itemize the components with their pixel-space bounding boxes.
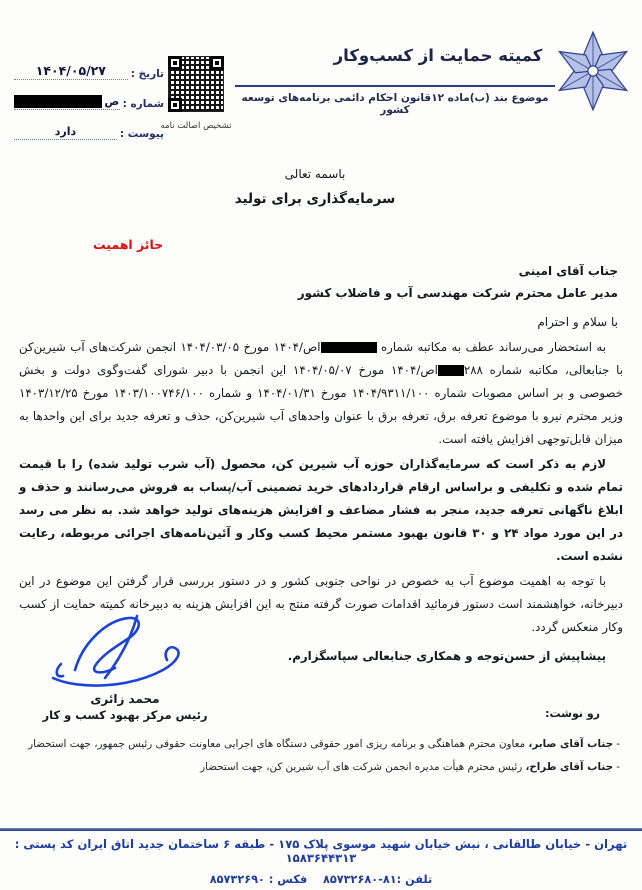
signer-name: محمد زائری: [40, 692, 210, 706]
footer-phone-fax: تلفن :۸۱-۸۵۷۳۲۶۸۰ فکس : ۸۵۷۳۲۶۹۰: [0, 873, 642, 886]
basmala: باسمه تعالی: [0, 167, 630, 181]
signature-block: محمد زائری رئیس مرکز بهبود کسب و کار: [40, 612, 210, 722]
qr-finder-icon: [168, 98, 182, 112]
number-leader: ص: [14, 95, 120, 110]
number-label: شماره :: [120, 98, 164, 110]
redaction-box: [321, 342, 377, 353]
cc-detail: معاون محترم هماهنگی و برنامه ریزی امور ح…: [28, 738, 528, 750]
footer-address: تهران - خیابان طالقانی ، نبش خیابان شهید…: [0, 837, 642, 865]
number-row: شماره : ص: [14, 80, 164, 110]
org-subtitle: موضوع بند (ب)ماده ۱۲قانون احکام دائمی بر…: [232, 92, 558, 116]
qr-code: [168, 56, 224, 112]
cc-dash: -: [613, 738, 620, 750]
cc-label: رو نوشت:: [545, 707, 600, 720]
letter-subject: سرمایه‌گذاری برای تولید: [0, 191, 630, 207]
letterhead-divider: [235, 85, 555, 87]
date-leader: ۱۴۰۴/۰۵/۲۷: [14, 63, 128, 80]
org-title: کمیته حمایت از کسب‌وکار: [324, 46, 552, 65]
qr-finder-icon: [168, 56, 182, 70]
date-label: تاریخ :: [128, 68, 164, 80]
redaction-box: [14, 95, 102, 108]
footer-divider: [0, 828, 642, 831]
date-value: ۱۴۰۴/۰۵/۲۷: [36, 63, 106, 78]
footer-block: تهران - خیابان طالقانی ، نبش خیابان شهید…: [0, 837, 642, 886]
cc-detail: رئیس محترم هیأت مدیره انجمن شرکت های آب …: [200, 761, 525, 773]
recipient-title: مدیر عامل محترم شرکت مهندسی آب و فاضلاب …: [298, 282, 618, 304]
date-row: تاریخ : ۱۴۰۴/۰۵/۲۷: [14, 50, 164, 80]
headline-block: باسمه تعالی سرمایه‌گذاری برای تولید: [0, 167, 630, 207]
cc-dash: -: [613, 761, 620, 773]
org-logo-star-icon: [550, 28, 636, 114]
recipient-name: جناب آقای امینی: [298, 260, 618, 282]
qr-caption: تشخیص اصالت نامه: [146, 121, 246, 131]
number-suffix: ص: [104, 95, 119, 108]
p1-text: به استحضار می‌رساند عطف به مکاتبه شماره: [377, 340, 606, 354]
letter-meta-block: تاریخ : ۱۴۰۴/۰۵/۲۷ شماره : ص پیوست : دار…: [14, 50, 164, 140]
cc-addressee: جناب آقای طراح،: [525, 761, 613, 773]
redaction-box: [438, 365, 464, 376]
cc-addressee: جناب آقای صابر،: [528, 738, 613, 750]
handwritten-signature-icon: [45, 612, 205, 692]
signer-title: رئیس مرکز بهبود کسب و کار: [40, 708, 210, 722]
salutation: با سلام و احترام: [298, 311, 618, 333]
scanned-letter-page: کمیته حمایت از کسب‌وکار موضوع بند (ب)ماد…: [0, 0, 642, 890]
qr-finder-icon: [210, 56, 224, 70]
cc-item: - جناب آقای صابر، معاون محترم هماهنگی و …: [18, 733, 620, 756]
importance-stamp: حائز اهمیت: [93, 237, 163, 252]
attachment-leader: دارد: [14, 125, 117, 140]
recipient-block: جناب آقای امینی مدیر عامل محترم شرکت مهن…: [298, 260, 618, 333]
paragraph-1: به استحضار می‌رساند عطف به مکاتبه شماره …: [19, 336, 623, 451]
attachment-row: پیوست : دارد: [14, 110, 164, 140]
paragraph-2: لازم به ذکر است که سرمایه‌گذاران حوزه آب…: [19, 453, 623, 568]
cc-list: - جناب آقای صابر، معاون محترم هماهنگی و …: [18, 733, 620, 778]
cc-item: - جناب آقای طراح، رئیس محترم هیأت مدیره …: [18, 756, 620, 779]
attachment-value: دارد: [55, 125, 76, 138]
